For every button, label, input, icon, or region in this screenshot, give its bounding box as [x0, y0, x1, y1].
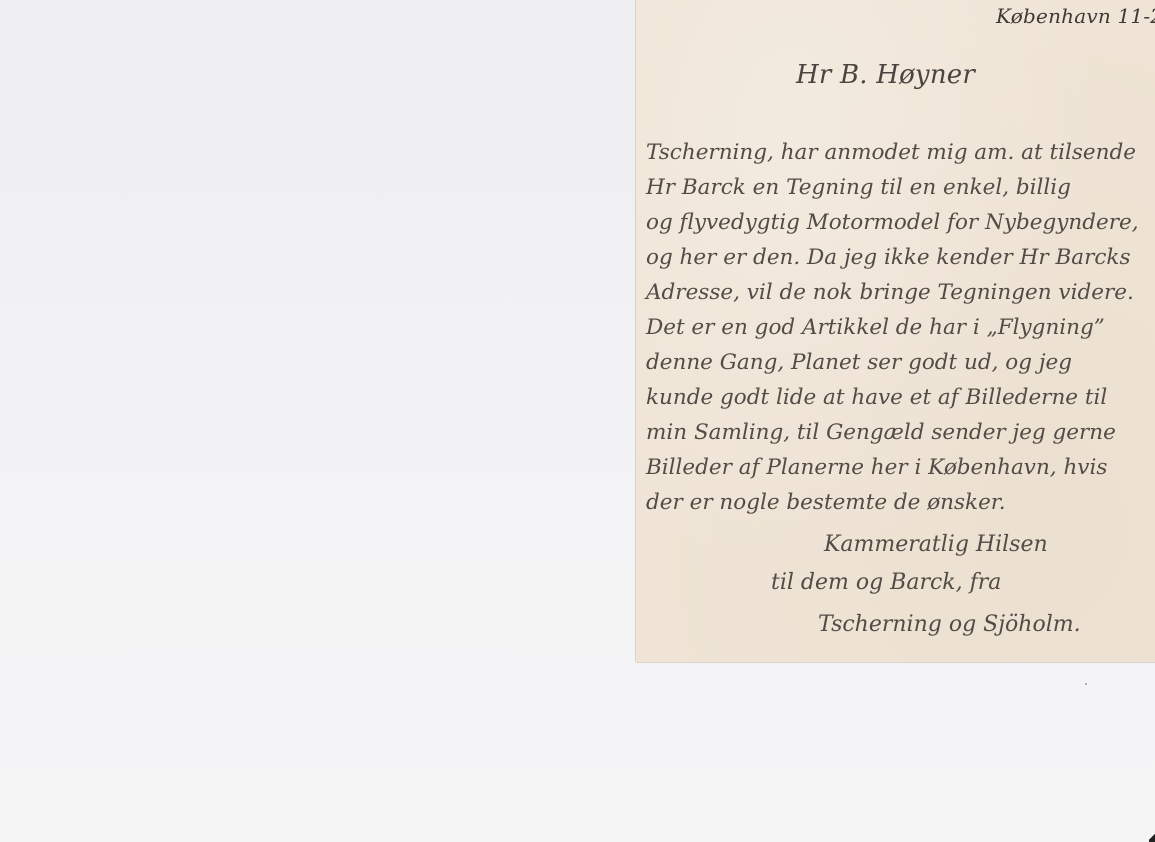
closing-greeting: Kammeratlig Hilsen — [824, 532, 1048, 557]
salutation: Hr B. Høyner — [796, 60, 975, 90]
body-line: Tscherning, har anmodet mig am. at tilse… — [646, 135, 1151, 170]
closing-line: til dem og Barck, fra — [771, 570, 1001, 595]
signature: Tscherning og Sjöholm. — [818, 612, 1081, 637]
scan-speck — [1085, 683, 1087, 685]
body-line: der er nogle bestemte de ønsker. — [646, 485, 1151, 520]
letter-paper: København 11-2-35 Hr B. Høyner Tschernin… — [636, 0, 1155, 662]
body-line: Hr Barck en Tegning til en enkel, billig — [646, 170, 1151, 205]
body-line: og flyvedygtig Motormodel for Nybegynder… — [646, 205, 1151, 240]
body-line: min Samling, til Gengæld sender jeg gern… — [646, 415, 1151, 450]
body-line: Adresse, vil de nok bringe Tegningen vid… — [646, 275, 1151, 310]
letter-body: Tscherning, har anmodet mig am. at tilse… — [646, 135, 1151, 520]
scan-corner-artifact — [1149, 832, 1155, 842]
body-line: denne Gang, Planet ser godt ud, og jeg — [646, 345, 1151, 380]
body-line: Billeder af Planerne her i København, hv… — [646, 450, 1151, 485]
place-date: København 11-2-35 — [996, 4, 1155, 28]
body-line: og her er den. Da jeg ikke kender Hr Bar… — [646, 240, 1151, 275]
body-line: kunde godt lide at have et af Billederne… — [646, 380, 1151, 415]
body-line: Det er en god Artikkel de har i „Flygnin… — [646, 310, 1151, 345]
